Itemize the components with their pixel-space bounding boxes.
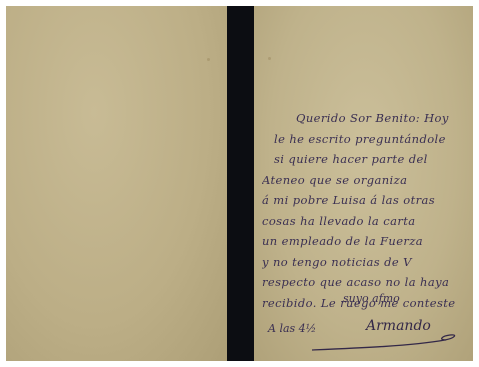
binding-spine [227,6,254,361]
letter-line: cosas ha llevado la carta [262,211,468,232]
letter-line: le he escrito preguntándole [262,129,468,150]
letter-line: si quiere hacer parte del [262,149,468,170]
paper-stain [268,57,271,60]
letter-line: y no tengo noticias de V [262,252,468,273]
paper-stain [207,58,210,61]
letter-line: Ateneo que se organiza [262,170,468,191]
letter-line: respecto que acaso no la haya [262,272,468,293]
letter-body: Querido Sor Benito: Hoy le he escrito pr… [262,108,468,313]
letter-closing: suyo afmo [343,292,400,305]
left-page [6,6,227,361]
letter-line: á mi pobre Luisa á las otras [262,190,468,211]
letter-line: Querido Sor Benito: Hoy [262,108,468,129]
letter-line: un empleado de la Fuerza [262,231,468,252]
signature-flourish-icon [310,332,460,354]
